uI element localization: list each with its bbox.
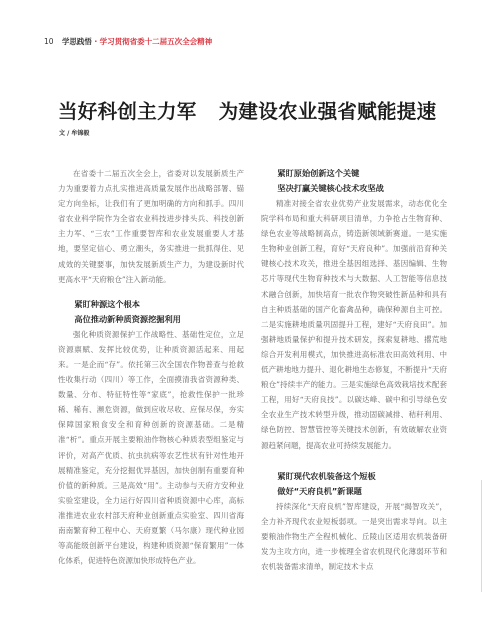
section-heading-line-2: 高位推动新种质资源挖掘利用	[58, 312, 244, 327]
topic-label: 学习贯彻省委十二届五次全会精神	[100, 37, 213, 46]
title-part-1: 当好科创主力军	[58, 100, 197, 123]
section-body-2: 精准对接全省农业优势产业发展需求，动态优化全院学科布局和重大科研项目清单，力争抢…	[261, 196, 447, 453]
separator: ·	[94, 37, 97, 46]
spacer	[261, 453, 447, 469]
right-column: 紧盯原始创新这个关键 坚决打赢关键核心技术攻坚战 精准对接全省农业优势产业发展需…	[261, 166, 447, 574]
section-label: 学思践悟	[62, 37, 92, 46]
section-heading-line-2: 坚决打赢关键核心技术攻坚战	[261, 181, 447, 196]
section-heading-line-1: 紧盯原始创新这个关键	[261, 166, 447, 181]
article-title: 当好科创主力军为建设农业强省赋能提速	[58, 96, 436, 124]
section-heading-line-2: 做好“天府良机”新课题	[261, 484, 447, 499]
title-part-2: 为建设农业强省赋能提速	[219, 100, 437, 123]
intro-paragraph: 在省委十二届五次全会上，省委对以发展新质生产力为重要着力点扎实推进高质量发展作出…	[58, 166, 244, 287]
section-heading-line-1: 紧盯种源这个根本	[58, 297, 244, 312]
section-heading-1: 紧盯种源这个根本 高位推动新种质资源挖掘利用	[58, 297, 244, 327]
section-body-1: 强化种质资源保护工作战略性、基础性定位，立足资源禀赋、发挥比较优势，让种质资源活…	[58, 327, 244, 569]
byline: 文 / 牟锦毅	[59, 128, 89, 137]
section-body-3: 持续深化“天府良机”智库建设，开展“揭智攻关”，全力补齐现代农业短板弱项。一是突…	[261, 499, 447, 574]
page-number: 10	[44, 37, 54, 46]
running-header: 10 学思践悟 · 学习贯彻省委十二届五次全会精神	[44, 37, 212, 47]
section-heading-line-1: 紧盯现代农机装备这个短板	[261, 469, 447, 484]
section-heading-3: 紧盯现代农机装备这个短板 做好“天府良机”新课题	[261, 469, 447, 499]
page-edge-line	[481, 480, 482, 592]
section-heading-2: 紧盯原始创新这个关键 坚决打赢关键核心技术攻坚战	[261, 166, 447, 196]
left-column: 在省委十二届五次全会上，省委对以发展新质生产力为重要着力点扎实推进高质量发展作出…	[58, 166, 244, 568]
